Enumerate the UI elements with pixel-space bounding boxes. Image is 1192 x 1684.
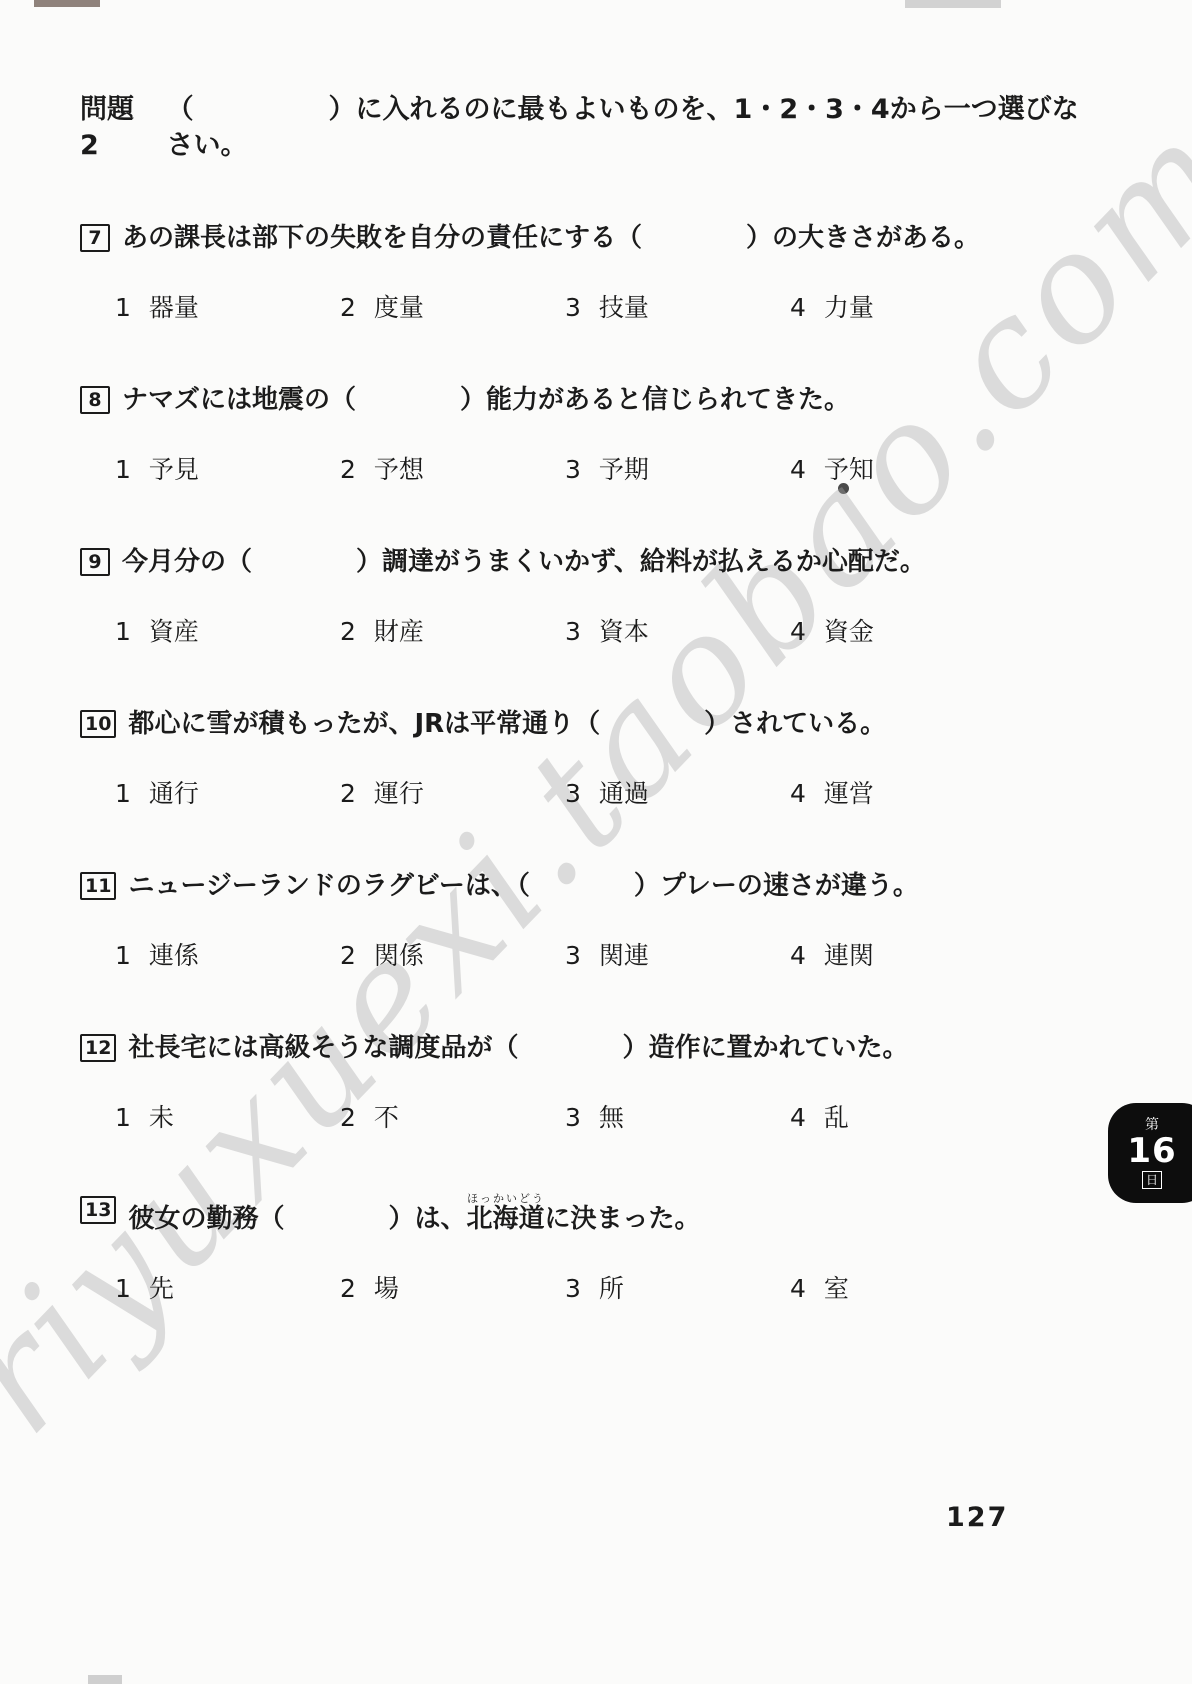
question-text-line: 9今月分の（ ）調達がうまくいかず、給料が払えるか心配だ。 — [80, 544, 1102, 580]
problem-instruction: （ ）に入れるのに最もよいものを、1・2・3・4から一つ選びなさい。 — [167, 92, 1102, 164]
option-number: 2 — [340, 1271, 356, 1307]
option-label: 未 — [149, 1100, 174, 1136]
question-text: 社長宅には高級そうな調度品が（ ）造作に置かれていた。 — [128, 1030, 908, 1066]
option-label: 力量 — [824, 290, 874, 326]
option-label: 度量 — [374, 290, 424, 326]
answer-option: 1連係 — [115, 938, 340, 974]
option-label: 予知 — [824, 452, 874, 488]
scan-artifact — [88, 1675, 122, 1684]
options-row: 1器量2度量3技量4力量 — [115, 290, 1102, 326]
question-text-line: 13彼女の勤務（ ）は、北海道ほっかいどうに決まった。 — [80, 1192, 1102, 1237]
option-number: 4 — [790, 776, 806, 812]
answer-option: 1未 — [115, 1100, 340, 1136]
question-number-box: 9 — [80, 548, 110, 576]
option-label: 器量 — [149, 290, 199, 326]
answer-option: 2関係 — [340, 938, 565, 974]
option-number: 1 — [115, 938, 131, 974]
option-label: 不 — [374, 1100, 399, 1136]
answer-option: 4資金 — [790, 614, 1102, 650]
answer-option: 1通行 — [115, 776, 340, 812]
answer-option: 3予期 — [565, 452, 790, 488]
question-block: 8ナマズには地震の（ ）能力があると信じられてきた。1予見2予想3予期4予知 — [80, 382, 1102, 488]
question-number-box: 7 — [80, 224, 110, 252]
problem-number-label: 問題2 — [80, 92, 149, 164]
badge-suffix: 日 — [1142, 1171, 1162, 1189]
ruby-annotated-word: 北海道ほっかいどう — [466, 1204, 544, 1234]
option-label: 財産 — [374, 614, 424, 650]
option-label: 関連 — [599, 938, 649, 974]
option-label: 資産 — [149, 614, 199, 650]
option-number: 4 — [790, 1271, 806, 1307]
option-label: 連関 — [824, 938, 874, 974]
option-number: 2 — [340, 776, 356, 812]
questions: 7あの課長は部下の失敗を自分の責任にする（ ）の大きさがある。1器量2度量3技量… — [80, 220, 1102, 1307]
answer-option: 3関連 — [565, 938, 790, 974]
option-number: 1 — [115, 776, 131, 812]
question-number-box: 13 — [80, 1196, 116, 1224]
answer-option: 3通過 — [565, 776, 790, 812]
answer-option: 1先 — [115, 1271, 340, 1307]
answer-option: 4力量 — [790, 290, 1102, 326]
option-label: 資本 — [599, 614, 649, 650]
option-number: 1 — [115, 614, 131, 650]
question-text: あの課長は部下の失敗を自分の責任にする（ ）の大きさがある。 — [122, 220, 980, 256]
option-number: 2 — [340, 1100, 356, 1136]
answer-option: 1予見 — [115, 452, 340, 488]
option-number: 3 — [565, 938, 581, 974]
answer-option: 1資産 — [115, 614, 340, 650]
option-number: 2 — [340, 614, 356, 650]
answer-option: 2不 — [340, 1100, 565, 1136]
question-text: 今月分の（ ）調達がうまくいかず、給料が払えるか心配だ。 — [122, 544, 926, 580]
option-label: 通行 — [149, 776, 199, 812]
option-label: 室 — [824, 1271, 849, 1307]
option-label: 関係 — [374, 938, 424, 974]
option-number: 4 — [790, 938, 806, 974]
option-number: 3 — [565, 776, 581, 812]
option-label: 技量 — [599, 290, 649, 326]
option-label: 先 — [149, 1271, 174, 1307]
option-number: 1 — [115, 290, 131, 326]
option-number: 2 — [340, 290, 356, 326]
answer-option: 3資本 — [565, 614, 790, 650]
option-number: 2 — [340, 938, 356, 974]
option-number: 4 — [790, 290, 806, 326]
option-number: 1 — [115, 1100, 131, 1136]
answer-option: 4予知 — [790, 452, 1102, 488]
question-number-box: 8 — [80, 386, 110, 414]
question-text: ナマズには地震の（ ）能力があると信じられてきた。 — [122, 382, 850, 418]
document-page: riyuxuexi.taobao.com 問題2 （ ）に入れるのに最もよいもの… — [0, 0, 1192, 1684]
option-label: 予想 — [374, 452, 424, 488]
page-content: 問題2 （ ）に入れるのに最もよいものを、1・2・3・4から一つ選びなさい。 7… — [0, 0, 1192, 1307]
question-block: 10都心に雪が積もったが、JRは平常通り（ ）されている。1通行2運行3通過4運… — [80, 706, 1102, 812]
answer-option: 4乱 — [790, 1100, 1102, 1136]
option-number: 3 — [565, 614, 581, 650]
options-row: 1連係2関係3関連4連関 — [115, 938, 1102, 974]
question-number-box: 12 — [80, 1034, 116, 1062]
question-text: 都心に雪が積もったが、JRは平常通り（ ）されている。 — [128, 706, 886, 742]
answer-option: 4連関 — [790, 938, 1102, 974]
option-label: 連係 — [149, 938, 199, 974]
option-number: 3 — [565, 452, 581, 488]
option-label: 場 — [374, 1271, 399, 1307]
option-number: 4 — [790, 1100, 806, 1136]
options-row: 1通行2運行3通過4運営 — [115, 776, 1102, 812]
question-number-box: 11 — [80, 872, 116, 900]
option-label: 資金 — [824, 614, 874, 650]
question-text-line: 8ナマズには地震の（ ）能力があると信じられてきた。 — [80, 382, 1102, 418]
answer-option: 2財産 — [340, 614, 565, 650]
question-block: 13彼女の勤務（ ）は、北海道ほっかいどうに決まった。1先2場3所4室 — [80, 1192, 1102, 1307]
option-number: 4 — [790, 452, 806, 488]
answer-option: 3所 — [565, 1271, 790, 1307]
question-text-line: 12社長宅には高級そうな調度品が（ ）造作に置かれていた。 — [80, 1030, 1102, 1066]
options-row: 1予見2予想3予期4予知 — [115, 452, 1102, 488]
option-label: 無 — [599, 1100, 624, 1136]
option-number: 3 — [565, 1100, 581, 1136]
option-label: 運営 — [824, 776, 874, 812]
option-label: 予見 — [149, 452, 199, 488]
question-text-line: 11ニュージーランドのラグビーは、（ ）プレーの速さが違う。 — [80, 868, 1102, 904]
option-number: 2 — [340, 452, 356, 488]
answer-option: 2場 — [340, 1271, 565, 1307]
question-block: 12社長宅には高級そうな調度品が（ ）造作に置かれていた。1未2不3無4乱 — [80, 1030, 1102, 1136]
question-text: ニュージーランドのラグビーは、（ ）プレーの速さが違う。 — [128, 868, 918, 904]
answer-option: 2度量 — [340, 290, 565, 326]
option-number: 3 — [565, 290, 581, 326]
option-label: 通過 — [599, 776, 649, 812]
option-label: 予期 — [599, 452, 649, 488]
options-row: 1未2不3無4乱 — [115, 1100, 1102, 1136]
answer-option: 2運行 — [340, 776, 565, 812]
problem-header: 問題2 （ ）に入れるのに最もよいものを、1・2・3・4から一つ選びなさい。 — [80, 92, 1102, 164]
option-label: 運行 — [374, 776, 424, 812]
answer-option: 1器量 — [115, 290, 340, 326]
answer-option: 3技量 — [565, 290, 790, 326]
question-block: 9今月分の（ ）調達がうまくいかず、給料が払えるか心配だ。1資産2財産3資本4資… — [80, 544, 1102, 650]
badge-number: 16 — [1127, 1133, 1176, 1169]
answer-option: 4室 — [790, 1271, 1102, 1307]
option-number: 4 — [790, 614, 806, 650]
option-label: 乱 — [824, 1100, 849, 1136]
question-text-line: 7あの課長は部下の失敗を自分の責任にする（ ）の大きさがある。 — [80, 220, 1102, 256]
question-text-line: 10都心に雪が積もったが、JRは平常通り（ ）されている。 — [80, 706, 1102, 742]
day-16-badge: 第 16 日 — [1108, 1103, 1192, 1203]
page-number: 127 — [946, 1502, 1008, 1533]
question-number-box: 10 — [80, 710, 116, 738]
answer-option: 4運営 — [790, 776, 1102, 812]
question-text: 彼女の勤務（ ）は、北海道ほっかいどうに決まった。 — [128, 1192, 700, 1237]
option-number: 3 — [565, 1271, 581, 1307]
option-label: 所 — [599, 1271, 624, 1307]
options-row: 1先2場3所4室 — [115, 1271, 1102, 1307]
question-block: 11ニュージーランドのラグビーは、（ ）プレーの速さが違う。1連係2関係3関連4… — [80, 868, 1102, 974]
question-block: 7あの課長は部下の失敗を自分の責任にする（ ）の大きさがある。1器量2度量3技量… — [80, 220, 1102, 326]
answer-option: 2予想 — [340, 452, 565, 488]
options-row: 1資産2財産3資本4資金 — [115, 614, 1102, 650]
option-number: 1 — [115, 452, 131, 488]
answer-option: 3無 — [565, 1100, 790, 1136]
option-number: 1 — [115, 1271, 131, 1307]
